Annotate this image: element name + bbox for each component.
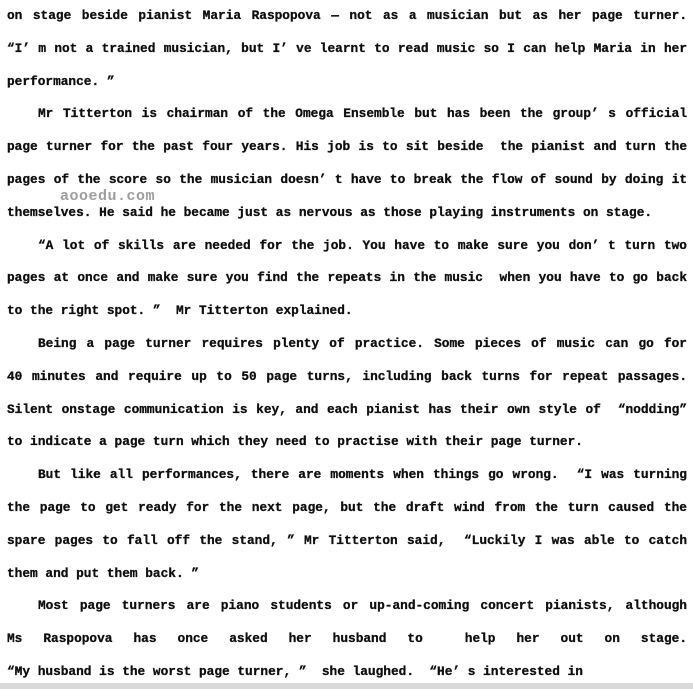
passage-line: them and put them back. ” (7, 558, 687, 591)
passage-line: “A lot of skills are needed for the job.… (7, 230, 687, 263)
passage-line: Most page turners are piano students or … (7, 590, 687, 623)
passage-line: to the right spot. ” Mr Titterton explai… (7, 295, 687, 328)
passage-line: performance. ” (7, 66, 687, 99)
passage-line: to indicate a page turn which they need … (7, 426, 687, 459)
passage-line: 40 minutes and require up to 50 page tur… (7, 361, 687, 394)
passage-line: Ms Raspopova has once asked her husband … (7, 623, 687, 656)
paragraph: But like all performances, there are mom… (7, 459, 687, 590)
passage-line: But like all performances, there are mom… (7, 459, 687, 492)
paragraph: Mr Titterton is chairman of the Omega En… (7, 98, 687, 229)
paragraph: Being a page turner requires plenty of p… (7, 328, 687, 459)
passage-line: pages of the score so the musician doesn… (7, 164, 687, 197)
paragraph: Most page turners are piano students or … (7, 590, 687, 688)
passage-line: themselves. He said he became just as ne… (7, 197, 687, 230)
passage-line: Mr Titterton is chairman of the Omega En… (7, 98, 687, 131)
reading-passage: on stage beside pianist Maria Raspopova … (7, 0, 687, 689)
paragraph: “A lot of skills are needed for the job.… (7, 230, 687, 328)
passage-line: spare pages to fall off the stand, ” Mr … (7, 525, 687, 558)
passage-line: pages at once and make sure you find the… (7, 262, 687, 295)
passage-line: the page to get ready for the next page,… (7, 492, 687, 525)
passage-line: “I’ m not a trained musician, but I’ ve … (7, 33, 687, 66)
passage-line: on stage beside pianist Maria Raspopova … (7, 0, 687, 33)
bottom-edge-bar (0, 683, 693, 689)
passage-line: Being a page turner requires plenty of p… (7, 328, 687, 361)
passage-line: Silent onstage communication is key, and… (7, 394, 687, 427)
scanned-page: { "page": { "watermark": { "text": "aooe… (0, 0, 693, 689)
paragraph: on stage beside pianist Maria Raspopova … (7, 0, 687, 98)
passage-line: page turner for the past four years. His… (7, 131, 687, 164)
